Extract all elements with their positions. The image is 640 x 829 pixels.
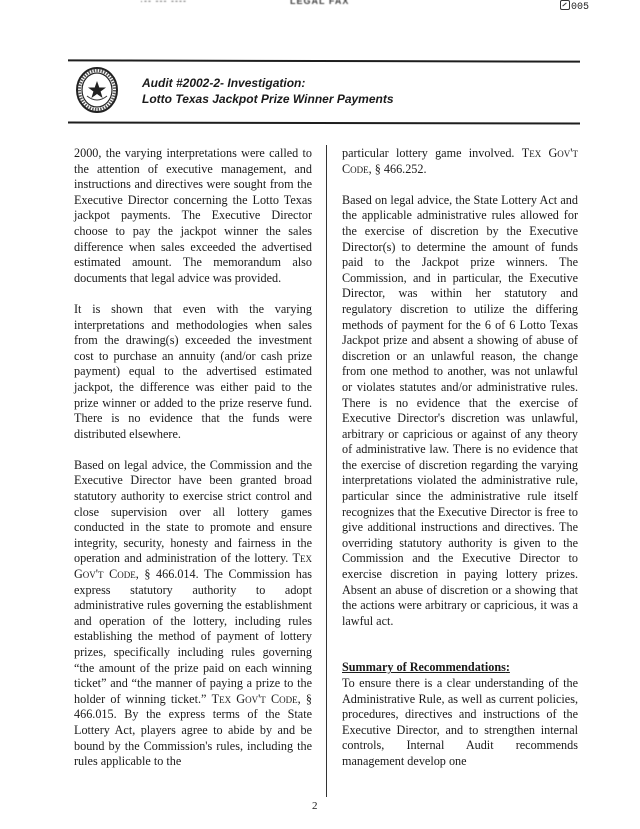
paragraph-text: , § 466.014. The Commission has express … [74, 567, 312, 706]
fax-page-number: 005 [571, 2, 589, 13]
report-title-line-2: Lotto Texas Jackpot Prize Winner Payment… [142, 91, 394, 107]
paragraph: It is shown that even with the varying i… [74, 302, 312, 442]
paragraph-text: , § 466.252. [369, 162, 427, 176]
header-top-rule [68, 59, 580, 62]
statute-citation: Tex Gov't Code [212, 692, 298, 706]
fax-header-label: LEGAL FAX [290, 0, 349, 6]
page-number: 2 [312, 800, 318, 812]
section-heading-text: Summary of Recommendations [342, 660, 506, 674]
section-heading: Summary of Recommendations: [342, 660, 578, 676]
report-title-line-1: Audit #2002-2- Investigation: [142, 75, 394, 91]
fax-page-marker: 005 [560, 0, 589, 13]
right-column: particular lottery game involved. Tex Go… [342, 146, 578, 785]
left-column: 2000, the varying interpretations were c… [74, 146, 312, 785]
paragraph-text: Based on legal advice, the Commission an… [74, 458, 312, 566]
report-title: Audit #2002-2- Investigation: Lotto Texa… [142, 75, 394, 107]
column-divider [326, 145, 327, 797]
paragraph: To ensure there is a clear understanding… [342, 676, 578, 770]
paragraph: Based on legal advice, the State Lottery… [342, 193, 578, 630]
section-heading-colon: : [506, 660, 510, 674]
paragraph: Based on legal advice, the Commission an… [74, 458, 312, 770]
paragraph-text: particular lottery game involved. [342, 146, 522, 160]
paragraph: 2000, the varying interpretations were c… [74, 146, 312, 286]
fax-icon [560, 0, 570, 10]
fax-phone-number: ·-- --- ---- [140, 0, 187, 6]
texas-seal-icon [75, 66, 119, 114]
paragraph: particular lottery game involved. Tex Go… [342, 146, 578, 177]
header-bottom-rule [68, 122, 580, 125]
